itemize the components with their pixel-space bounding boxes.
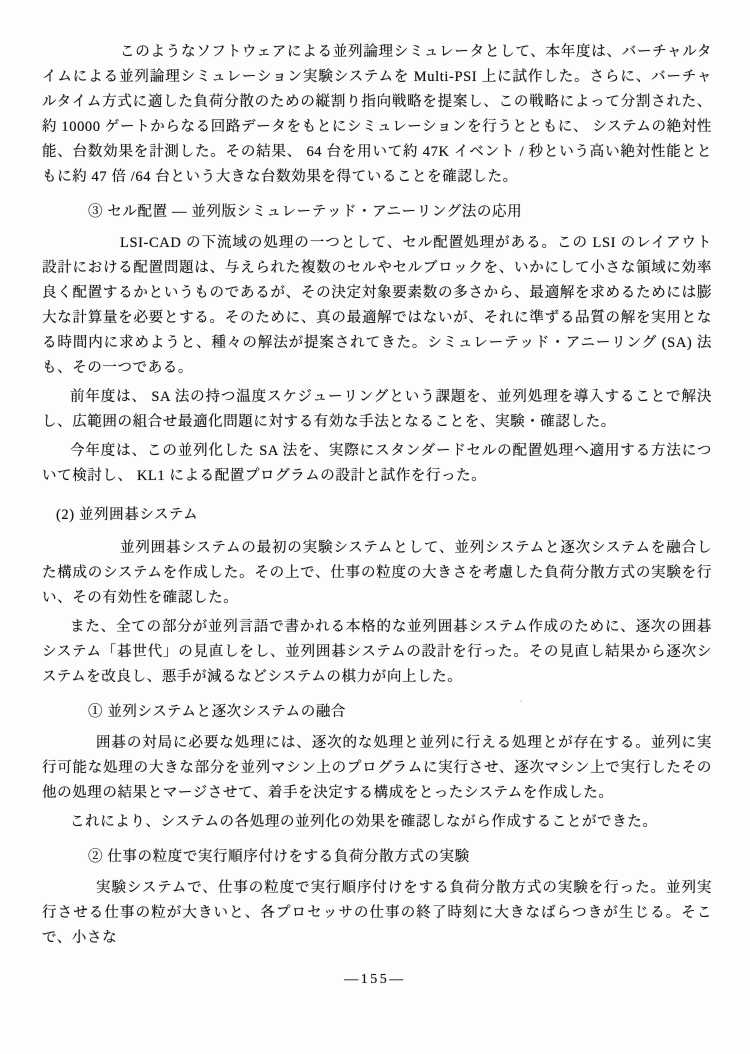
numbered-heading-load-distribution-experiment: ② 仕事の粒度で実行順序付けをする負荷分散方式の実験 (42, 845, 712, 870)
paragraph-granularity-experiment: 実験システムで、仕事の粒度で実行順序付けをする負荷分散方式の実験を行った。並列実… (42, 876, 712, 951)
numbered-heading-fusion-parallel-sequential: ① 並列システムと逐次システムの融合 (42, 700, 712, 725)
scanned-document-page: このようなソフトウェアによる並列論理シミュレータとして、本年度は、バーチャルタイ… (0, 0, 750, 1054)
paragraph-this-year-sa-kl1: 今年度は、この並列化した SA 法を、実際にスタンダードセルの配置処理へ適用する… (42, 439, 712, 489)
section-heading-parallel-go-system: (2) 並列囲碁システム (42, 503, 712, 528)
intro-paragraph-parallel-logic-simulator: このようなソフトウェアによる並列論理シミュレータとして、本年度は、バーチャルタイ… (42, 40, 712, 190)
paragraph-previous-year-sa: 前年度は、 SA 法の持つ温度スケジューリングという課題を、並列処理を導入するこ… (42, 385, 712, 435)
paragraph-first-experimental-system: 並列囲碁システムの最初の実験システムとして、並列システムと逐次システムを融合した… (42, 536, 712, 611)
paragraph-lsi-cad-placement: LSI-CAD の下流域の処理の一つとして、セル配置処理がある。この LSI の… (42, 231, 712, 381)
paragraph-go-game-processing: 囲碁の対局に必要な処理には、逐次的な処理と並列に行える処理とが存在する。並列に実… (42, 731, 712, 806)
paragraph-go-sedai-redesign: また、全ての部分が並列言語で書かれる本格的な並列囲碁システム作成のために、逐次の… (42, 615, 712, 690)
paragraph-parallelization-effect: これにより、システムの各処理の並列化の効果を確認しながら作成することができた。 (42, 810, 712, 835)
numbered-heading-cell-placement: ③ セル配置 ― 並列版シミュレーテッド・アニーリング法の応用 (42, 200, 712, 225)
page-number: —155— (0, 972, 750, 988)
